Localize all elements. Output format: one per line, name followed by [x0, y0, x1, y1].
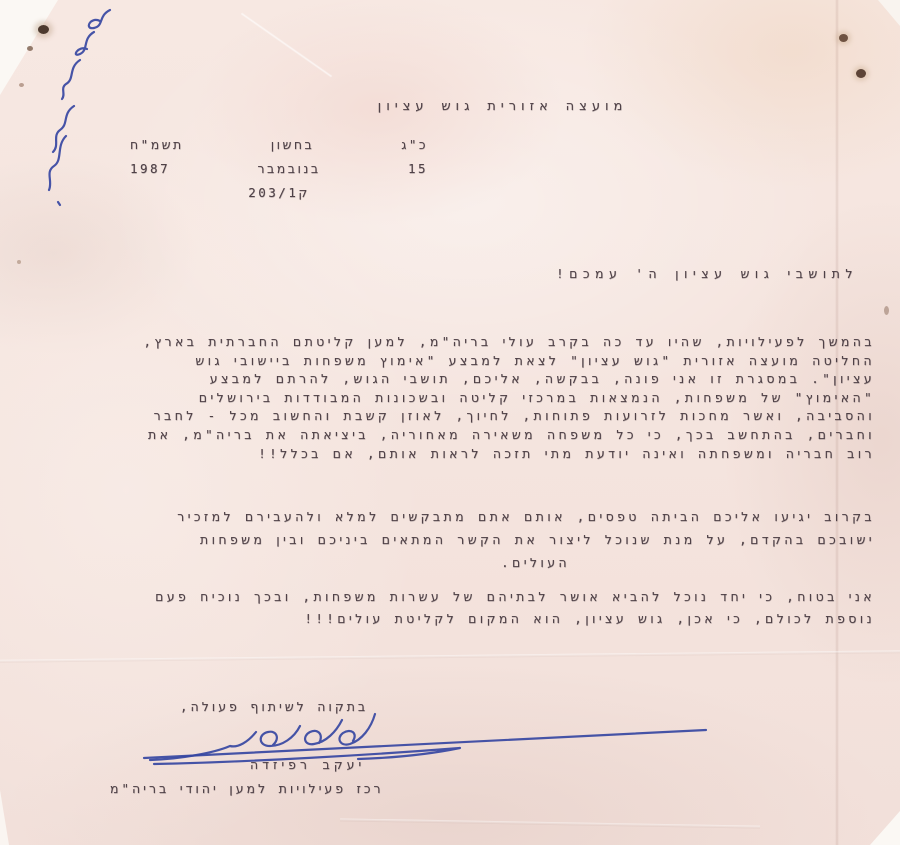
stain-hole-top-left	[38, 25, 49, 34]
stain-small-left-3	[17, 260, 21, 264]
hebrew-date-month: בחשון	[271, 137, 315, 161]
gregorian-date-year: 1987	[130, 161, 170, 185]
letter-line: בהמשך לפעילויות, שהיו עד כה בקרב עולי בר…	[60, 333, 875, 352]
crease-diagonal-top	[241, 12, 333, 78]
handwritten-annotation	[38, 2, 133, 222]
folded-corner-bottom-right	[870, 811, 900, 845]
paragraph-3: אני בטוח, כי יחד נוכל להביא אושר לבתיהם …	[60, 586, 875, 630]
hebrew-date-day: כ"ג	[401, 137, 428, 161]
stain-right-edge	[884, 306, 889, 315]
stain-small-left-2	[19, 83, 24, 87]
salutation: לתושבי גוש עציון ה' עמכם!	[556, 266, 858, 281]
closing-line: בתקוה לשיתוף פעולה,	[180, 699, 368, 714]
letter-line: "האימוץ" של משפחות, הנמצאות במרכזי קליטה…	[60, 389, 875, 408]
hebrew-date-row: כ"ג בחשון תשמ"ח	[130, 137, 428, 161]
scanned-letter: מועצה אזורית גוש עציון כ"ג בחשון תשמ"ח 1…	[0, 0, 900, 845]
letterhead-title: מועצה אזורית גוש עציון	[330, 99, 675, 114]
letter-line: וחברים, בהתחשב בכך, כי כל משפחה משאירה מ…	[60, 426, 875, 445]
gregorian-date-month: בנובמבר	[257, 161, 320, 185]
gregorian-date-day: 15	[408, 161, 428, 185]
gregorian-date-row: 15 בנובמבר 1987	[130, 161, 428, 185]
crease-bottom-wrinkle	[340, 818, 760, 828]
letter-line: עציון". במסגרת זו אני פונה, בבקשה, אליכם…	[60, 370, 875, 389]
letter-line: בקרוב יגיעו אליכם הביתה טפסים, אותם אתם …	[60, 505, 875, 528]
folded-corner-top-right	[878, 0, 900, 26]
hebrew-date-year: תשמ"ח	[130, 137, 184, 161]
letter-line: והסביבה, ואשר מחכות לזרועות פתוחות, לחיו…	[60, 407, 875, 426]
letter-line: החליטה מועצה אזורית "גוש עציון" לצאת למב…	[60, 352, 875, 371]
letter-line: רוב חבריה ומשפחתה ואינה יודעת מתי תזכה ל…	[60, 445, 875, 464]
folded-corner-bottom-left	[0, 790, 9, 845]
stain-small-left-1	[27, 46, 33, 51]
stain-top-right-2	[856, 69, 866, 78]
letter-line: ישובכם בהקדם, על מנת שנוכל ליצור את הקשר…	[60, 528, 875, 551]
letter-line: נוספת לכולם, כי אכן, גוש עציון, הוא המקו…	[60, 608, 875, 630]
paragraph-2: בקרוב יגיעו אליכם הביתה טפסים, אותם אתם …	[60, 505, 875, 574]
crease-horizontal-bottom	[0, 650, 900, 662]
reference-number: ק203/1	[130, 185, 428, 209]
letter-line: העולים.	[60, 551, 875, 574]
paragraph-1: בהמשך לפעילויות, שהיו עד כה בקרב עולי בר…	[60, 333, 875, 463]
signer-name: יעקב רפיזדה	[250, 757, 365, 772]
date-block: כ"ג בחשון תשמ"ח 15 בנובמבר 1987 ק203/1	[130, 137, 428, 209]
letter-line: אני בטוח, כי יחד נוכל להביא אושר לבתיהם …	[60, 586, 875, 608]
signer-title: רכז פעילויות למען יהודי בריה"מ	[110, 781, 384, 796]
stain-top-right-1	[839, 34, 848, 42]
